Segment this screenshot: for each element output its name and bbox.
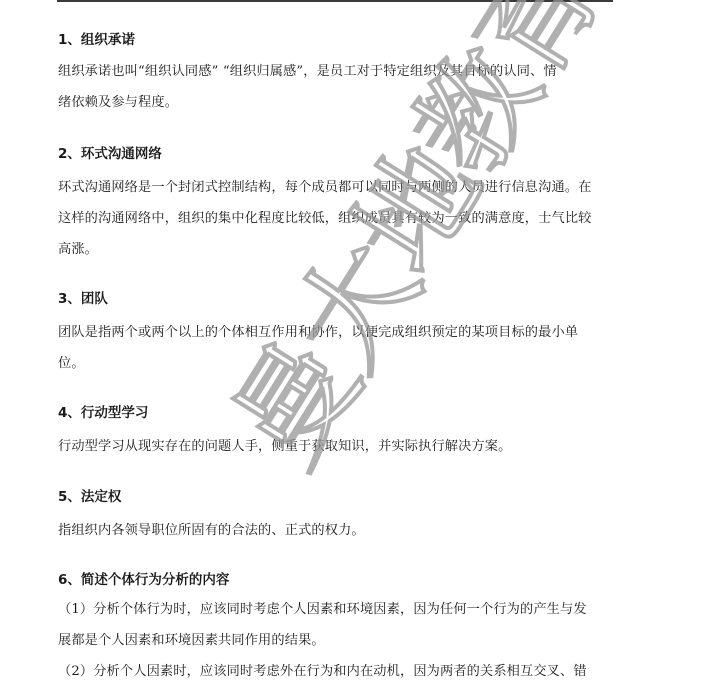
section-body: 环式沟通网络是一个封闭式控制结构，每个成员都可以同时与两侧的人员进行信息沟通。在… — [58, 172, 618, 265]
section-body: （1）分析个体行为时，应该同时考虑个人因素和环境因素，因为任何一个行为的产生与发… — [58, 594, 618, 680]
section-legitimate-power: 5、法定权 指组织内各领导职位所固有的合法的、正式的权力。 — [58, 487, 618, 546]
body-line: 行动型学习从现实存在的问题人手，侧重于获取知识，并实际执行解决方案。 — [58, 431, 618, 462]
section-action-learning: 4、行动型学习 行动型学习从现实存在的问题人手，侧重于获取知识，并实际执行解决方… — [58, 403, 618, 462]
body-line: 组织承诺也叫“组织认同感” “组织归属感”，是员工对于特定组织及其目标的认同、情 — [58, 56, 618, 87]
section-heading: 5、法定权 — [58, 487, 618, 507]
section-organizational-commitment: 1、组织承诺 组织承诺也叫“组织认同感” “组织归属感”，是员工对于特定组织及其… — [58, 30, 618, 118]
section-heading: 4、行动型学习 — [58, 403, 618, 423]
body-line: 指组织内各领导职位所固有的合法的、正式的权力。 — [58, 515, 618, 546]
section-heading: 2、环式沟通网络 — [58, 144, 618, 164]
top-divider — [57, 0, 613, 2]
section-individual-behavior-analysis: 6、简述个体行为分析的内容 （1）分析个体行为时，应该同时考虑个人因素和环境因素… — [58, 570, 618, 680]
section-team: 3、团队 团队是指两个或两个以上的个体相互作用和协作，以便完成组织预定的某项目标… — [58, 289, 618, 379]
document-page: 1、组织承诺 组织承诺也叫“组织认同感” “组织归属感”，是员工对于特定组织及其… — [0, 0, 720, 680]
body-line: （2）分析个人因素时，应该同时考虑外在行为和内在动机，因为两者的关系相互交叉、错 — [58, 656, 618, 680]
body-line: 团队是指两个或两个以上的个体相互作用和协作，以便完成组织预定的某项目标的最小单 — [58, 317, 618, 348]
section-heading: 3、团队 — [58, 289, 618, 309]
body-line: 环式沟通网络是一个封闭式控制结构，每个成员都可以同时与两侧的人员进行信息沟通。在 — [58, 172, 618, 203]
section-body: 指组织内各领导职位所固有的合法的、正式的权力。 — [58, 515, 618, 546]
section-body: 行动型学习从现实存在的问题人手，侧重于获取知识，并实际执行解决方案。 — [58, 431, 618, 462]
body-line: 位。 — [58, 348, 618, 379]
section-heading: 1、组织承诺 — [58, 30, 618, 50]
section-body: 团队是指两个或两个以上的个体相互作用和协作，以便完成组织预定的某项目标的最小单 … — [58, 317, 618, 379]
body-line: 高涨。 — [58, 234, 618, 265]
section-body: 组织承诺也叫“组织认同感” “组织归属感”，是员工对于特定组织及其目标的认同、情… — [58, 56, 618, 118]
section-heading: 6、简述个体行为分析的内容 — [58, 570, 618, 590]
body-line: （1）分析个体行为时，应该同时考虑个人因素和环境因素，因为任何一个行为的产生与发 — [58, 594, 618, 625]
body-line: 展都是个人因素和环境因素共同作用的结果。 — [58, 625, 618, 656]
body-line: 绪依赖及参与程度。 — [58, 87, 618, 118]
body-line: 这样的沟通网络中，组织的集中化程度比较低，组织成员具有较为一致的满意度，士气比较 — [58, 203, 618, 234]
section-circle-communication-network: 2、环式沟通网络 环式沟通网络是一个封闭式控制结构，每个成员都可以同时与两侧的人… — [58, 144, 618, 265]
